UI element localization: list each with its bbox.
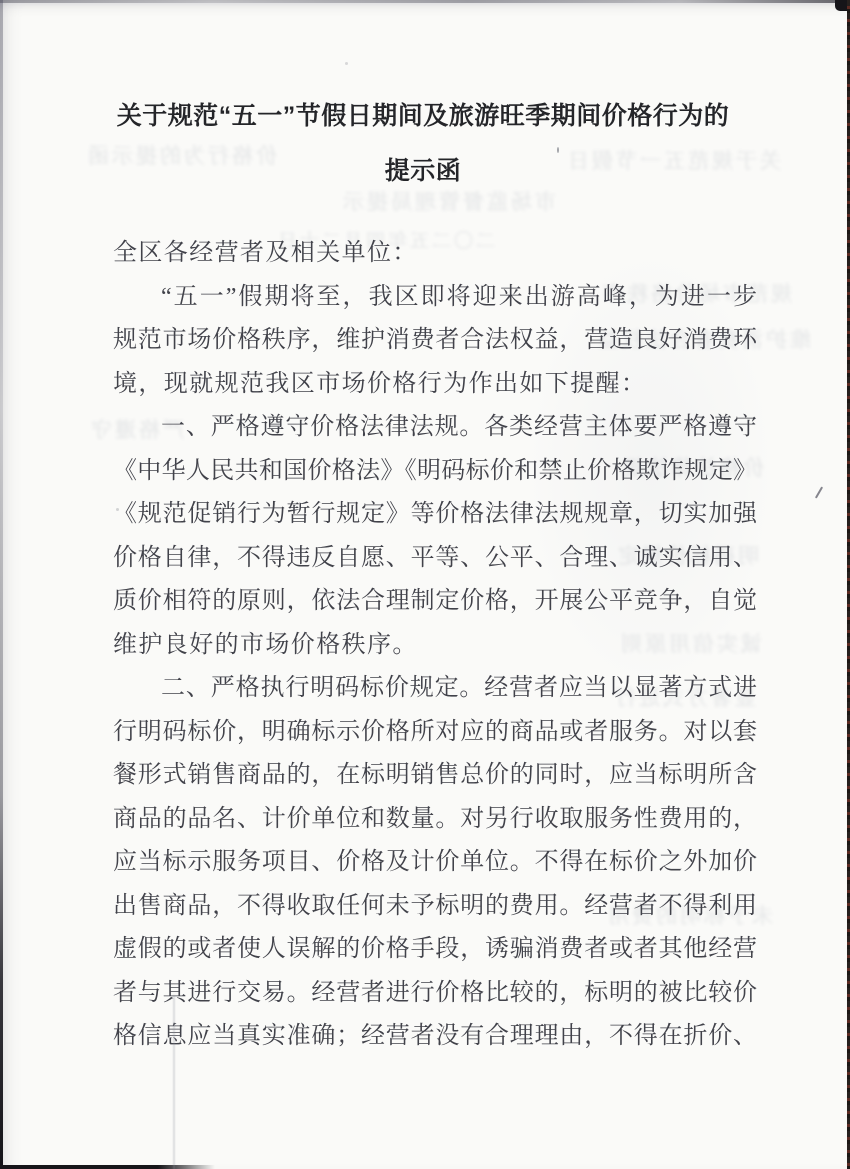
scan-edge-bottom xyxy=(0,1165,215,1169)
scan-edge-top xyxy=(0,0,850,3)
body-line: 商品的品名、计价单位和数量。对另行收取服务性费用的， xyxy=(113,798,757,842)
scan-speck xyxy=(557,147,559,153)
scan-edge-left xyxy=(0,0,3,1169)
body-line: 一、严格遵守价格法律法规。各类经营主体要严格遵守 xyxy=(113,406,757,450)
body-line: 应当标示服务项目、价格及计价单位。不得在标价之外加价 xyxy=(113,841,757,885)
body-line: 《中华人民共和国价格法》《明码标价和禁止价格欺诈规定》 xyxy=(113,450,757,494)
pen-mark xyxy=(815,486,823,498)
scan-speck xyxy=(345,62,348,65)
body-line: 行明码标价，明确标示价格所对应的商品或者服务。对以套 xyxy=(113,711,757,755)
body-line: 者与其进行交易。经营者进行价格比较的，标明的被比较价 xyxy=(113,972,757,1016)
body-line: 《规范促销行为暂行规定》等价格法律法规规章，切实加强 xyxy=(113,493,757,537)
scan-speck xyxy=(116,508,119,511)
body-line: 维护良好的市场价格秩序。 xyxy=(113,624,757,668)
body-line: 格信息应当真实准确；经营者没有合理理由，不得在折价、 xyxy=(113,1015,757,1059)
body-line: 虚假的或者使人误解的价格手段，诱骗消费者或者其他经营 xyxy=(113,928,757,972)
body-line: 境，现就规范我区市场价格行为作出如下提醒： xyxy=(113,363,757,407)
body-line: 质价相符的原则，依法合理制定价格，开展公平竞争，自觉 xyxy=(113,580,757,624)
body-line: 全区各经营者及相关单位： xyxy=(113,232,757,276)
document-body: 全区各经营者及相关单位：“五一”假期将至，我区即将迎来出游高峰，为进一步规范市场… xyxy=(113,232,757,1059)
body-line: 二、严格执行明码标价规定。经营者应当以显著方式进 xyxy=(113,667,757,711)
scanned-document-page: 价格行为的提示函关于规范五一节假日市场监督管理局提示二〇二五年四月二十日规范市场… xyxy=(0,0,850,1169)
document-title-line2: 提示函 xyxy=(58,151,788,191)
body-line: 价格自律，不得违反自愿、平等、公平、合理、诚实信用、 xyxy=(113,537,757,581)
body-line: 出售商品，不得收取任何未予标明的费用。经营者不得利用 xyxy=(113,885,757,929)
body-line: 规范市场价格秩序，维护消费者合法权益，营造良好消费环 xyxy=(113,319,757,363)
body-line: 餐形式销售商品的，在标明销售总价的同时，应当标明所含 xyxy=(113,754,757,798)
body-line: “五一”假期将至，我区即将迎来出游高峰，为进一步 xyxy=(113,276,757,320)
fold-streak xyxy=(173,995,175,1169)
document-title-line1: 关于规范“五一”节假日期间及旅游旺季期间价格行为的 xyxy=(58,96,788,136)
document-title: 关于规范“五一”节假日期间及旅游旺季期间价格行为的 提示函 xyxy=(58,96,788,191)
